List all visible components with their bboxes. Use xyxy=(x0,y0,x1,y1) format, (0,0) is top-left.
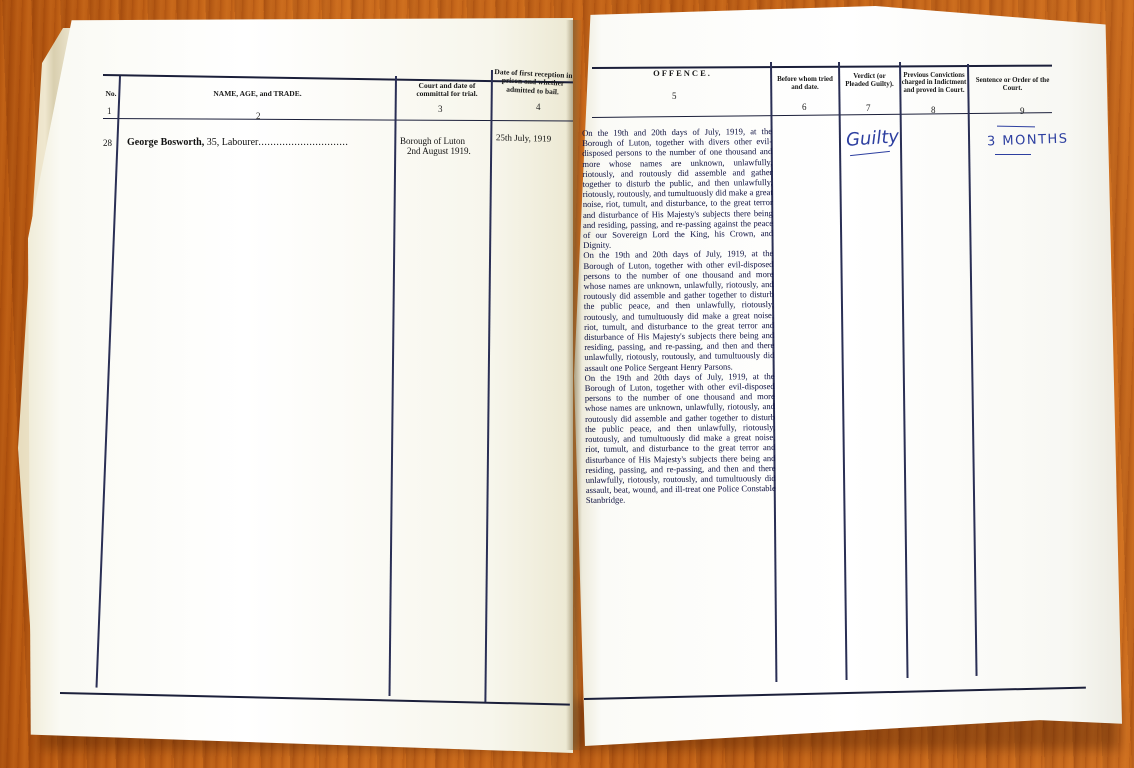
entry-name: George Bosworth, 35, Labourer...........… xyxy=(127,137,348,148)
sentence-handwritten: 3 MONTHS xyxy=(987,132,1069,150)
col-header-name-age-trade: NAME, AGE, and TRADE. xyxy=(120,90,395,98)
col-number-2: 2 xyxy=(256,111,261,121)
col-number-5: 5 xyxy=(672,91,677,101)
col-header-offence: OFFENCE. xyxy=(600,69,765,78)
sentence-underline xyxy=(995,154,1031,155)
court-place: Borough of Luton xyxy=(400,136,471,146)
leader-dots: .............................. xyxy=(258,137,348,148)
col-number-4: 4 xyxy=(536,102,541,112)
prisoner-age-trade: 35, Labourer xyxy=(204,137,258,148)
col-header-no: No. xyxy=(100,90,122,98)
prisoner-name: George Bosworth, xyxy=(127,137,204,148)
col-header-before-whom: Before whom tried and date. xyxy=(775,76,835,91)
book-gutter xyxy=(566,20,582,750)
offence-count-1: On the 19th and 20th days of July, 1919,… xyxy=(582,126,773,250)
col-number-1: 1 xyxy=(107,106,112,116)
col-header-verdict: Verdict (or Pleaded Guilty). xyxy=(842,73,897,88)
entry-court: Borough of Luton 2nd August 1919. xyxy=(400,136,471,156)
col-number-3: 3 xyxy=(438,104,443,114)
col-number-9: 9 xyxy=(1020,106,1025,116)
verdict-handwritten: Guilty xyxy=(845,126,899,151)
entry-number: 28 xyxy=(103,138,112,148)
offence-count-3: On the 19th and 20th days of July, 1919,… xyxy=(585,371,776,506)
offence-text: On the 19th and 20th days of July, 1919,… xyxy=(582,126,776,505)
offence-count-2: On the 19th and 20th days of July, 1919,… xyxy=(583,248,774,372)
entry-reception-date: 25th July, 1919 xyxy=(496,132,551,143)
col-header-reception-bail: Date of first reception in prison and wh… xyxy=(492,68,573,97)
committal-date: 2nd August 1919. xyxy=(400,146,471,156)
col-header-court-committal: Court and date of committal for trial. xyxy=(407,82,487,99)
col-header-previous-convictions: Previous Convictions charged in Indictme… xyxy=(900,72,968,94)
col-number-7: 7 xyxy=(866,103,871,113)
col-header-sentence: Sentence or Order of the Court. xyxy=(975,77,1050,92)
col-number-8: 8 xyxy=(931,105,936,115)
col-number-6: 6 xyxy=(802,102,807,112)
